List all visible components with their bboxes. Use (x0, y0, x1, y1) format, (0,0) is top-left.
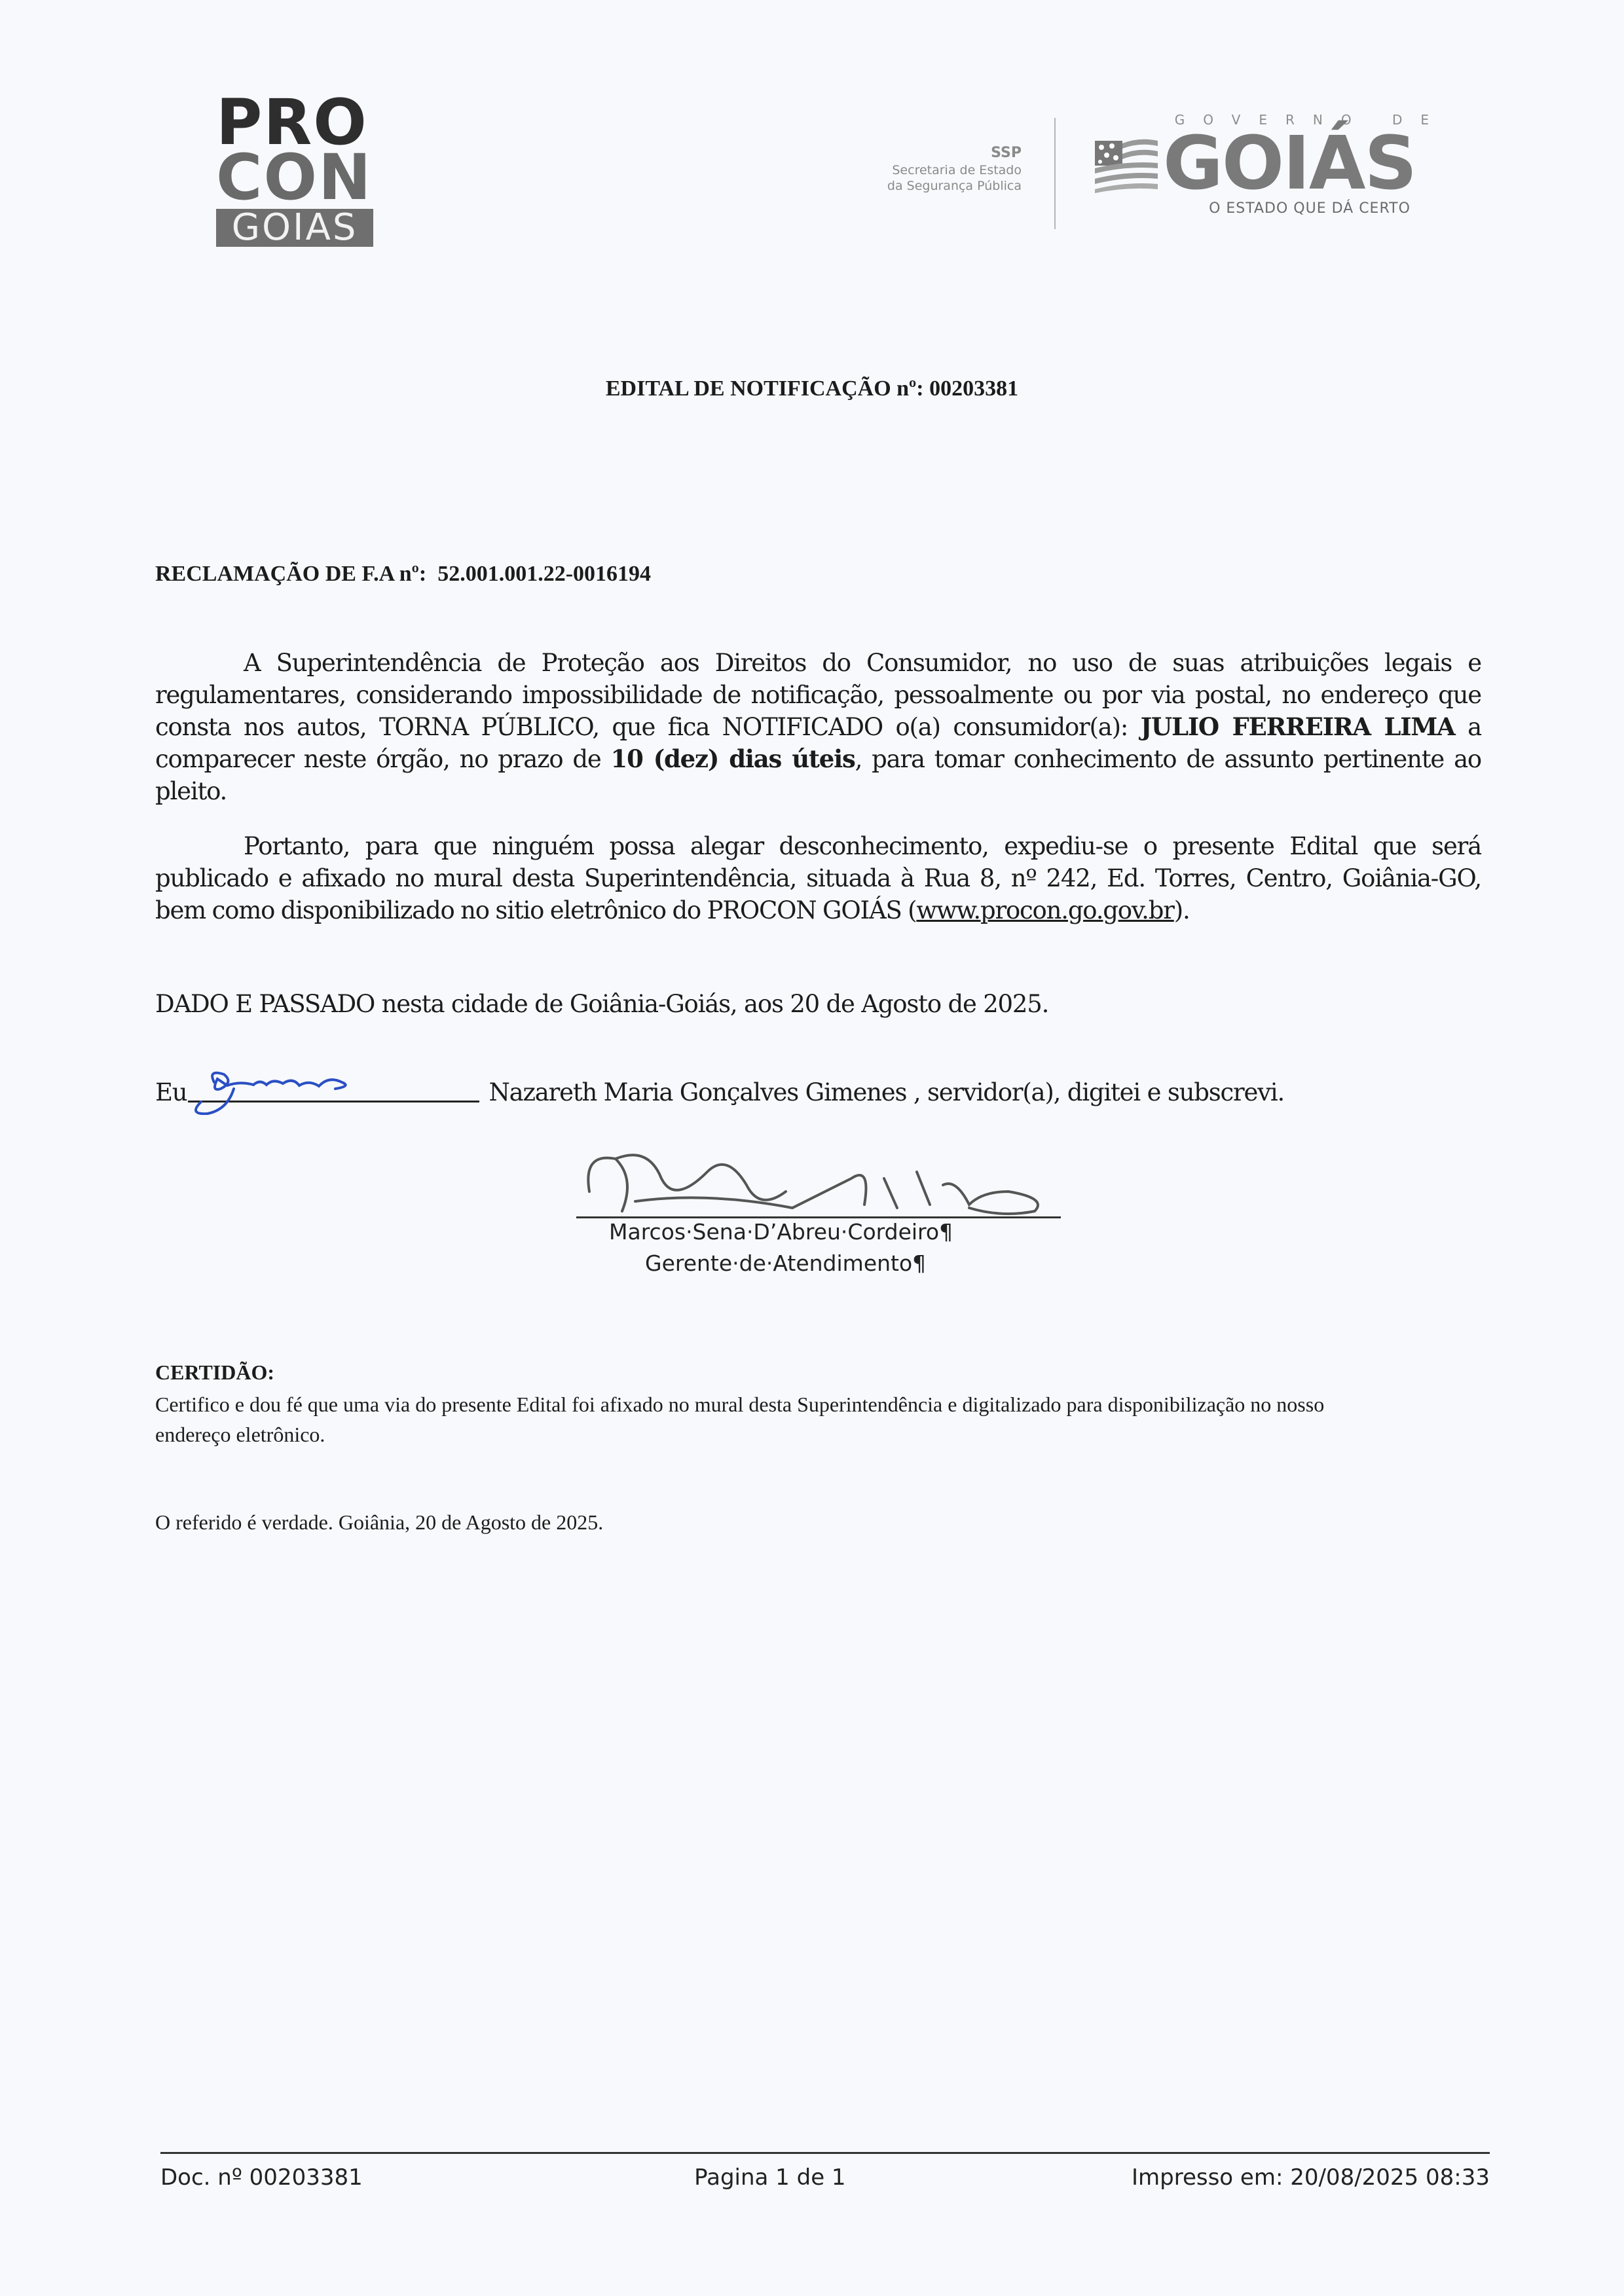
notification-paragraph: A Superintendência de Proteção aos Direi… (155, 647, 1481, 807)
paragraph2-end: ). (1174, 896, 1190, 924)
certificate-text: Certifico e dou fé que uma via do presen… (155, 1389, 1399, 1449)
logo-text-con: CON (216, 150, 373, 205)
footer-printed-at: Impresso em: 20/08/2025 08:33 (1132, 2164, 1490, 2191)
governo-goias-logo: GOVERNO DE GOIÁS O ESTADO QUE DÁ CERTO (1094, 111, 1447, 217)
gov-name: GOIÁS (1163, 130, 1416, 198)
document-title: EDITAL DE NOTIFICAÇÃO nº: 00203381 (0, 376, 1624, 401)
footer-divider (160, 2152, 1490, 2154)
manager-signature (576, 1139, 1074, 1218)
footer-doc-number: Doc. nº 00203381 (160, 2164, 363, 2191)
complaint-label: RECLAMAÇÃO DE F.A nº: (155, 562, 426, 586)
complaint-reference: RECLAMAÇÃO DE F.A nº: 52.001.001.22-0016… (155, 562, 651, 587)
consumer-name: JULIO FERREIRA LIMA (1141, 712, 1455, 741)
publication-paragraph: Portanto, para que ninguém possa alegar … (155, 830, 1481, 926)
typist-signature (188, 1063, 384, 1115)
ssp-line2: da Segurança Pública (887, 178, 1022, 194)
certificate-title: CERTIDÃO: (155, 1360, 274, 1385)
given-date-statement: DADO E PASSADO nesta cidade de Goiânia-G… (155, 990, 1048, 1018)
typist-line: Eu Nazareth Maria Gonçalves Gimenes , se… (155, 1077, 1284, 1106)
paragraph2-text: Portanto, para que ninguém possa alegar … (155, 832, 1481, 924)
logo-text-goias: GOIAS (216, 209, 373, 247)
footer-page-number: Pagina 1 de 1 (694, 2164, 845, 2191)
page-footer: Doc. nº 00203381 Pagina 1 de 1 Impresso … (160, 2164, 1490, 2191)
ssp-logo: SSP Secretaria de Estado da Segurança Pú… (887, 144, 1022, 194)
logo-divider (1054, 118, 1056, 229)
flag-icon (1094, 134, 1159, 193)
deadline: 10 (dez) dias úteis (611, 744, 855, 773)
procon-website-link[interactable]: www.procon.go.gov.br (916, 896, 1173, 924)
certificate-closing: O referido é verdade. Goiânia, 20 de Ago… (155, 1510, 603, 1535)
ssp-line1: Secretaria de Estado (887, 162, 1022, 178)
signature-line (576, 1216, 1061, 1218)
typist-name-role: Nazareth Maria Gonçalves Gimenes , servi… (489, 1078, 1284, 1106)
ssp-acronym: SSP (887, 144, 1022, 162)
procon-goias-logo: PRO CON GOIAS (216, 95, 373, 247)
typist-prefix: Eu (155, 1078, 187, 1106)
signer-name: Marcos·Sena·D’Abreu·Cordeiro¶ (609, 1219, 953, 1245)
gov-tagline: O ESTADO QUE DÁ CERTO (1172, 200, 1447, 217)
typist-signature-line (188, 1077, 479, 1102)
signer-role: Gerente·de·Atendimento¶ (645, 1250, 926, 1276)
complaint-number: 52.001.001.22-0016194 (437, 562, 651, 586)
